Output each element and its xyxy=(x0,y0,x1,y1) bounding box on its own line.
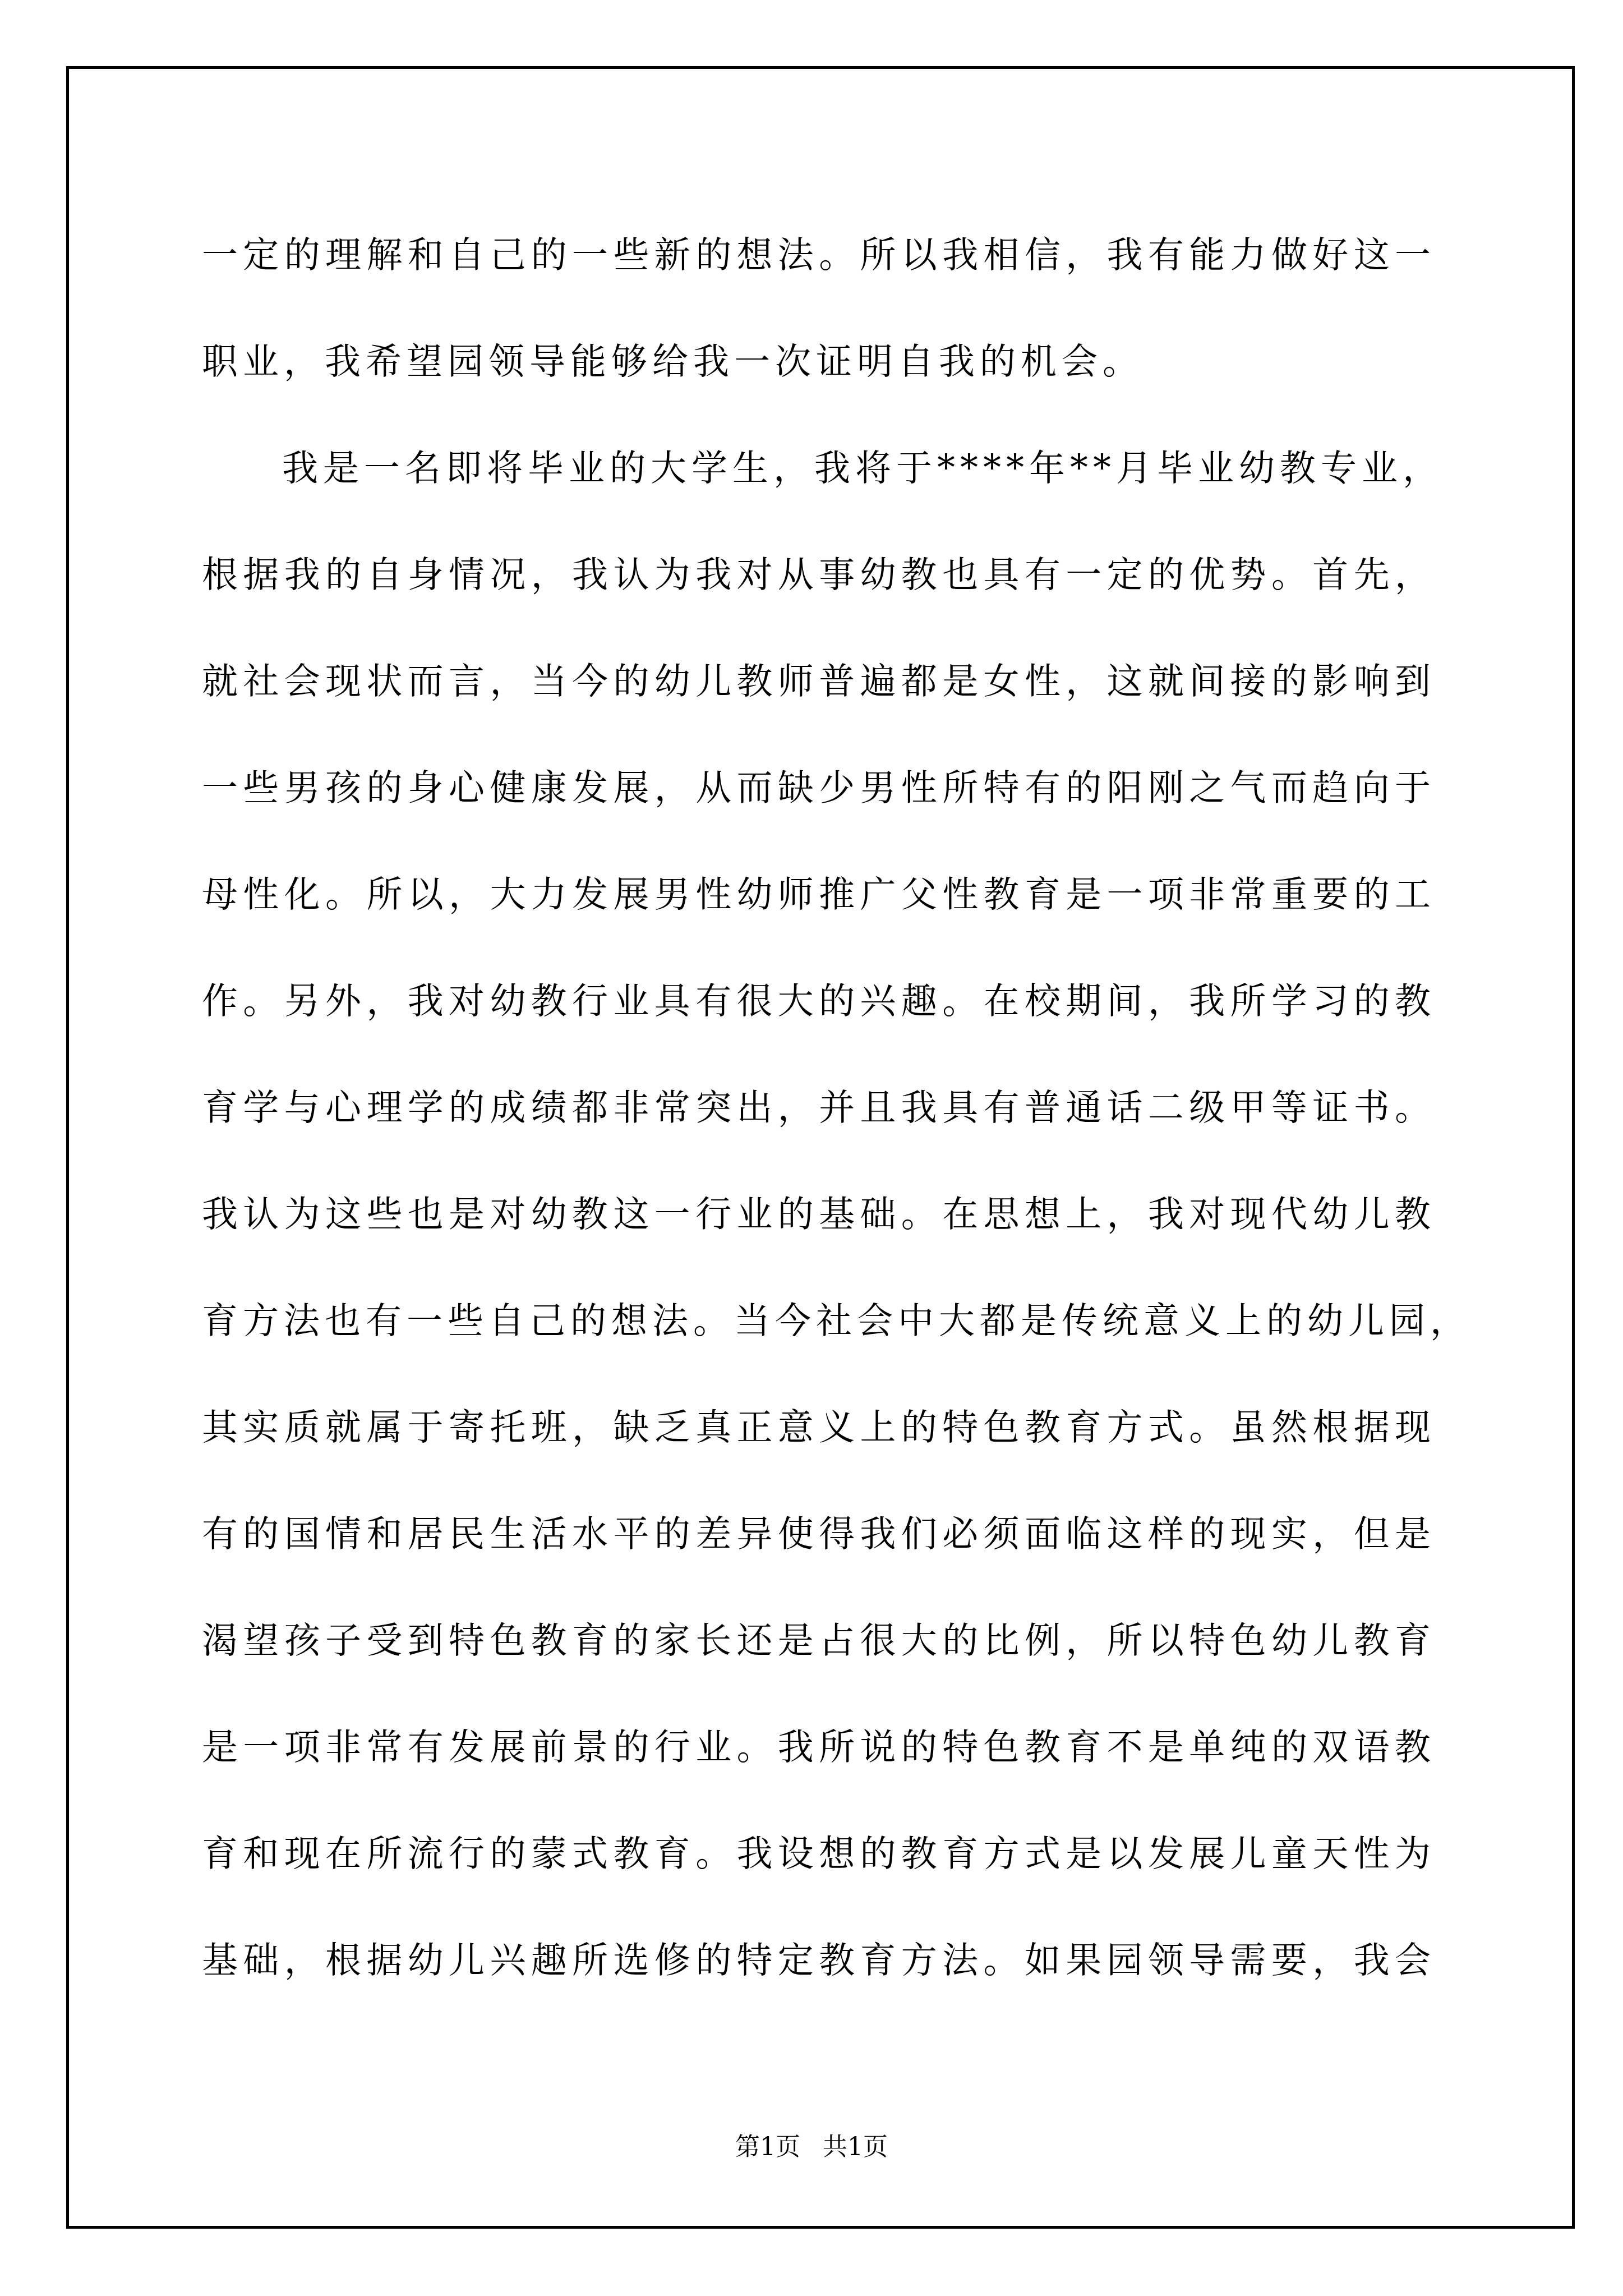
text-line: 根据我的自身情况，我认为我对从事幼教也具有一定的优势。首先， xyxy=(202,541,1436,648)
text-line: 有的国情和居民生活水平的差异使得我们必须面临这样的现实，但是 xyxy=(202,1501,1436,1607)
text-line: 作。另外，我对幼教行业具有很大的兴趣。在校期间，我所学习的教 xyxy=(202,968,1436,1074)
text-line: 我认为这些也是对幼教这一行业的基础。在思想上，我对现代幼儿教 xyxy=(202,1181,1436,1287)
text-line: 是一项非常有发展前景的行业。我所说的特色教育不是单纯的双语教 xyxy=(202,1714,1436,1820)
text-line: 就社会现状而言，当今的幼儿教师普遍都是女性，这就间接的影响到 xyxy=(202,648,1436,754)
text-line: 育和现在所流行的蒙式教育。我设想的教育方式是以发展儿童天性为 xyxy=(202,1820,1436,1927)
text-line: 我是一名即将毕业的大学生，我将于****年**月毕业幼教专业， xyxy=(202,435,1436,541)
text-line: 基础，根据幼儿兴趣所选修的特定教育方法。如果园领导需要，我会 xyxy=(202,1927,1436,2033)
text-line: 其实质就属于寄托班，缺乏真正意义上的特色教育方式。虽然根据现 xyxy=(202,1394,1436,1501)
text-line: 一些男孩的身心健康发展，从而缺少男性所特有的阳刚之气而趋向于 xyxy=(202,754,1436,861)
text-line: 育学与心理学的成绩都非常突出，并且我具有普通话二级甲等证书。 xyxy=(202,1074,1436,1181)
text-line: 渴望孩子受到特色教育的家长还是占很大的比例，所以特色幼儿教育 xyxy=(202,1607,1436,1714)
document-body: 一定的理解和自己的一些新的想法。所以我相信，我有能力做好这一 职业，我希望园领导… xyxy=(202,222,1436,2033)
text-line: 一定的理解和自己的一些新的想法。所以我相信，我有能力做好这一 xyxy=(202,222,1436,328)
current-page-number: 第1页 xyxy=(735,2133,800,2161)
page-footer: 第1页共1页 xyxy=(0,2131,1623,2164)
text-line: 母性化。所以，大力发展男性幼师推广父性教育是一项非常重要的工 xyxy=(202,861,1436,968)
total-page-count: 共1页 xyxy=(823,2133,888,2161)
text-line: 职业，我希望园领导能够给我一次证明自我的机会。 xyxy=(202,328,1436,435)
text-line: 育方法也有一些自己的想法。当今社会中大都是传统意义上的幼儿园， xyxy=(202,1287,1436,1394)
